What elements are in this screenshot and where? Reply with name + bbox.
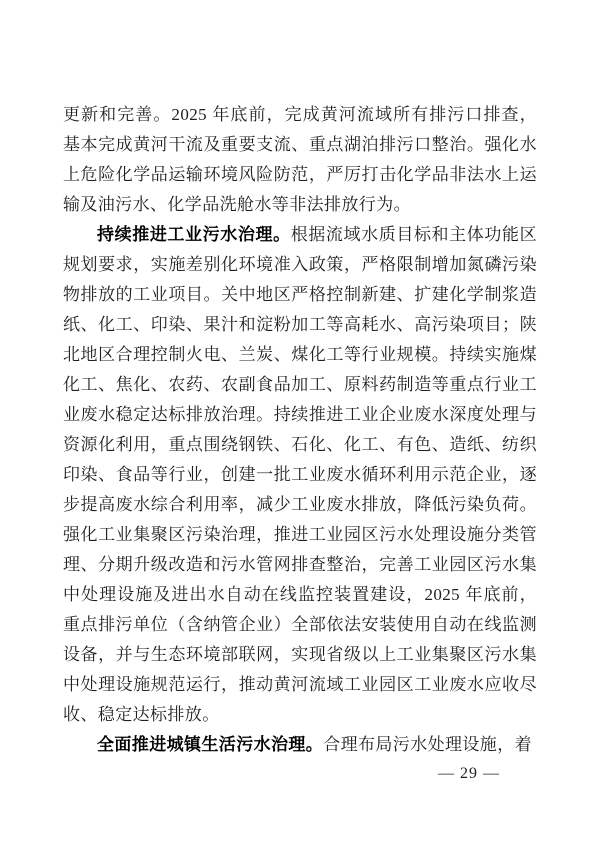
paragraph-body: 更新和完善。2025 年底前，完成黄河流域所有排污口排查，基本完成黄河干流及重要… (63, 105, 537, 214)
page-number: — 29 — (438, 762, 500, 786)
paragraph-body: 合理布局污水处理设施，着 (323, 735, 532, 754)
paragraph-lead: 全面推进城镇生活污水治理。 (97, 735, 323, 754)
document-page: 更新和完善。2025 年底前，完成黄河流域所有排污口排查，基本完成黄河干流及重要… (0, 0, 600, 848)
paragraph-body: 根据流域水质目标和主体功能区规划要求，实施差别化环境准入政策，严格限制增加氮磷污… (63, 225, 537, 724)
paragraph-industrial-wastewater: 持续推进工业污水治理。根据流域水质目标和主体功能区规划要求，实施差别化环境准入政… (63, 220, 537, 730)
paragraph-urban-sewage: 全面推进城镇生活污水治理。合理布局污水处理设施，着 (63, 730, 537, 760)
paragraph-lead: 持续推进工业污水治理。 (97, 225, 291, 244)
document-content: 更新和完善。2025 年底前，完成黄河流域所有排污口排查，基本完成黄河干流及重要… (63, 100, 537, 760)
paragraph-continuation: 更新和完善。2025 年底前，完成黄河流域所有排污口排查，基本完成黄河干流及重要… (63, 100, 537, 220)
